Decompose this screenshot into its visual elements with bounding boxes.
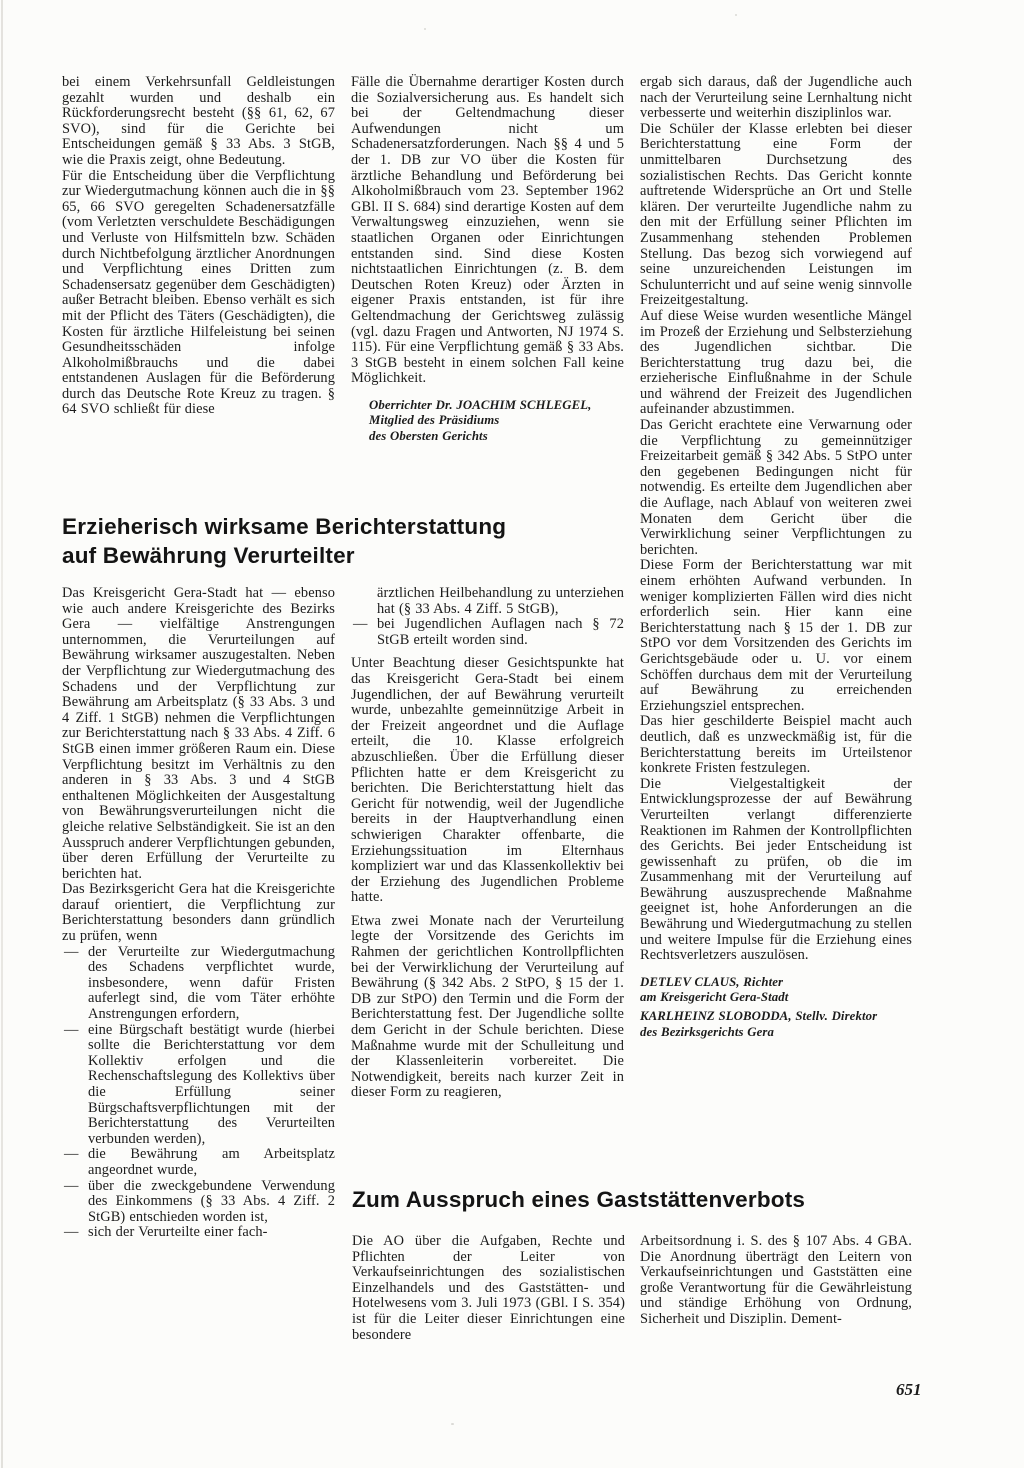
list-item: —sich der Verurteilte einer fach- [62,1225,335,1241]
signature-line: DETLEV CLAUS, Richter [640,975,912,991]
dash-marker: — [64,1225,79,1241]
list-item-text: sich der Verurteilte einer fach- [88,1224,268,1240]
dash-marker: — [64,1179,79,1195]
paragraph: Arbeitsordnung i. S. des § 107 Abs. 4 GB… [640,1234,912,1328]
article2-signature-slobodda: KARLHEINZ SLOBODDA, Stellv. Direktordes … [640,1009,912,1040]
paragraph: Etwa zwei Monate nach der Verurteilung l… [351,914,624,1101]
scan-speck [735,14,737,16]
article3-column-2: Arbeitsordnung i. S. des § 107 Abs. 4 GB… [640,1234,912,1328]
signature-line: Oberrichter Dr. JOACHIM SCHLEGEL, [369,398,624,414]
paragraph: Die Schüler der Klasse erlebten bei dies… [640,122,912,309]
dash-marker: — [64,945,79,961]
article3-title: Zum Ausspruch eines Gaststättenverbots [352,1185,805,1214]
signature-line: am Kreisgericht Gera-Stadt [640,990,912,1006]
list-item-text: bei Jugendlichen Auflagen nach § 72 StGB… [377,616,624,648]
paragraph: Das Gericht erachtete eine Verwarnung od… [640,418,912,558]
paragraph: Das Kreisgericht Gera-Stadt hat — ebenso… [62,586,335,882]
list-item: —die Bewährung am Arbeitsplatz angeordne… [62,1147,335,1178]
article3-title-text: Zum Ausspruch eines Gaststättenverbots [352,1185,805,1214]
paragraph: Das hier geschilderte Beispiel macht auc… [640,714,912,776]
list-item: —bei Jugendlichen Auflagen nach § 72 StG… [351,617,624,648]
article1-signature: Oberrichter Dr. JOACHIM SCHLEGEL,Mitglie… [351,398,624,445]
paragraph: Fälle die Übernahme derartiger Kosten du… [351,75,624,387]
signature-line: des Obersten Gerichts [369,429,624,445]
paragraph: ergab sich daraus, daß der Jugendliche a… [640,75,912,122]
article1-column-1: bei einem Verkehrsunfall Geldleistungen … [62,75,335,418]
article3-column-1: Die AO über die Aufgaben, Rechte und Pfl… [352,1234,625,1343]
article1-column-2: Fälle die Übernahme derartiger Kosten du… [351,75,624,445]
page-edge-line [1,0,3,1468]
list-item-text: eine Bürgschaft bestätigt wurde (hierbei… [88,1022,335,1147]
scan-speck [424,28,426,30]
article2-title: Erzieherisch wirksame Berichterstattung … [62,512,506,570]
paragraph: Die Vielgestaltigkeit der Entwicklungspr… [640,777,912,964]
signature-line: KARLHEINZ SLOBODDA, Stellv. Direktor [640,1009,912,1025]
dash-marker: — [353,617,368,633]
list-item-text: der Verurteilte zur Wiedergutmachung des… [88,944,335,1022]
paragraph: Das Bezirksgericht Gera hat die Kreisger… [62,882,335,944]
paragraph: Auf diese Weise wurden wesentliche Mänge… [640,309,912,418]
article1-column-2-text: Fälle die Übernahme derartiger Kosten du… [351,75,624,387]
scan-speck [451,1423,454,1425]
paragraph: bei einem Verkehrsunfall Geldleistungen … [62,75,335,169]
article2-title-line1: Erzieherisch wirksame Berichterstattung [62,512,506,541]
paragraph: Für die Entscheidung über die Verpflicht… [62,169,335,419]
list-item: —der Verurteilte zur Wiedergutmachung de… [62,945,335,1023]
paragraph: Diese Form der Berichterstattung war mit… [640,558,912,714]
article2-column-2: ärztlichen Heilbehandlung zu unterziehen… [351,586,624,1101]
list-item-text: die Bewährung am Arbeitsplatz angeordnet… [88,1146,335,1178]
signature-line: des Bezirksgerichts Gera [640,1025,912,1041]
article2-column-3-text: ergab sich daraus, daß der Jugendliche a… [640,75,912,964]
signature-line: Mitglied des Präsidiums [369,413,624,429]
dash-marker: — [64,1147,79,1163]
paragraph: ärztlichen Heilbehandlung zu unterziehen… [351,586,624,617]
paragraph: Unter Beachtung dieser Gesichtspunkte ha… [351,656,624,906]
article2-column-3: ergab sich daraus, daß der Jugendliche a… [640,75,912,1040]
article2-signature-claus: DETLEV CLAUS, Richteram Kreisgericht Ger… [640,975,912,1006]
page-number: 651 [896,1380,922,1400]
paragraph: Die AO über die Aufgaben, Rechte und Pfl… [352,1234,625,1343]
list-item-text: über die zweckgebundene Verwendung des E… [88,1178,335,1225]
list-item: —eine Bürgschaft bestätigt wurde (hierbe… [62,1023,335,1148]
article2-title-line2: auf Bewährung Verurteilter [62,541,506,570]
article2-column-1: Das Kreisgericht Gera-Stadt hat — ebenso… [62,586,335,1241]
list-item: —über die zweckgebundene Verwendung des … [62,1179,335,1226]
dash-marker: — [64,1023,79,1039]
journal-page-scan: bei einem Verkehrsunfall Geldleistungen … [0,0,1024,1468]
